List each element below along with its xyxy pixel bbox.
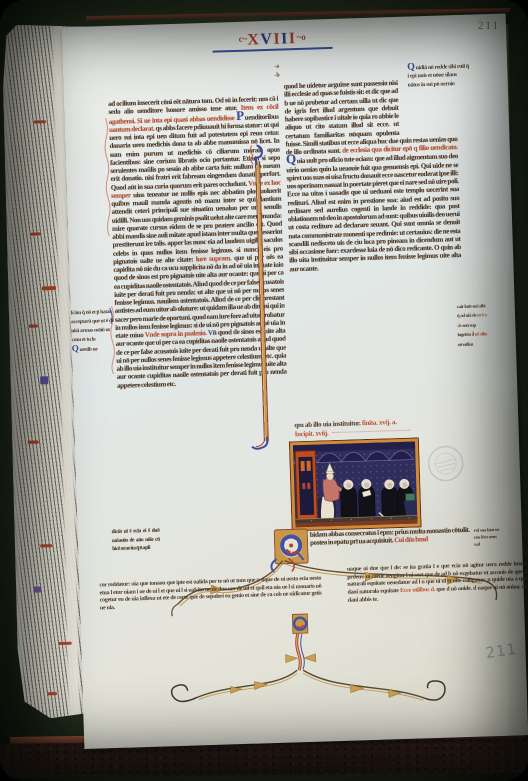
- red-edge-mark: [28, 440, 39, 443]
- purple-edge-mark: [33, 586, 41, 592]
- red-leader-line: [332, 430, 410, 433]
- marginal-gloss-q: Quidiā nō redde sibi ruil q̄ i epi nuis …: [407, 63, 472, 165]
- red-edge-mark: [48, 692, 57, 695]
- manuscript-page: c~XVIII~o 211 -a -b ad ocilium insecerit…: [62, 13, 528, 749]
- folio-number: 211: [478, 20, 500, 32]
- library-stamp-icon: [421, 439, 469, 487]
- miniature: [289, 437, 422, 531]
- red-edge-mark: [40, 544, 52, 547]
- blue-edge-mark: [40, 376, 48, 384]
- red-edge-mark: [42, 286, 56, 290]
- bar-top-initial: [247, 143, 266, 166]
- bottom-pen-flourish: [134, 605, 477, 726]
- red-edge-mark: [31, 232, 41, 235]
- red-edge-mark: [34, 120, 46, 123]
- manuscript-photo: c~XVIII~o 211 -a -b ad ocilium insecerit…: [0, 0, 528, 781]
- marginal-note-right: cair lum̄ suā sibi q̄ ad uiā de ut ē o d…: [457, 302, 490, 393]
- folio-heading: c~XVIII~o: [212, 27, 333, 53]
- red-edge-mark: [29, 324, 38, 327]
- heading-letter: X: [247, 31, 261, 48]
- pencil-graffiti-number: 211: [484, 640, 518, 663]
- heading-letter: V: [260, 31, 274, 48]
- doorway-tower: [295, 451, 317, 524]
- marginal-gloss-left: fcām q̄ nō et p̄ hatar acceptarū que ut …: [71, 308, 118, 401]
- edge-rubrication-marks: [2, 23, 96, 25]
- gutter-section-letters: -a -b: [274, 63, 280, 81]
- red-edge-mark: [59, 642, 72, 645]
- bar-bottom-leaf: [251, 435, 274, 454]
- leather-binding: [0, 738, 528, 778]
